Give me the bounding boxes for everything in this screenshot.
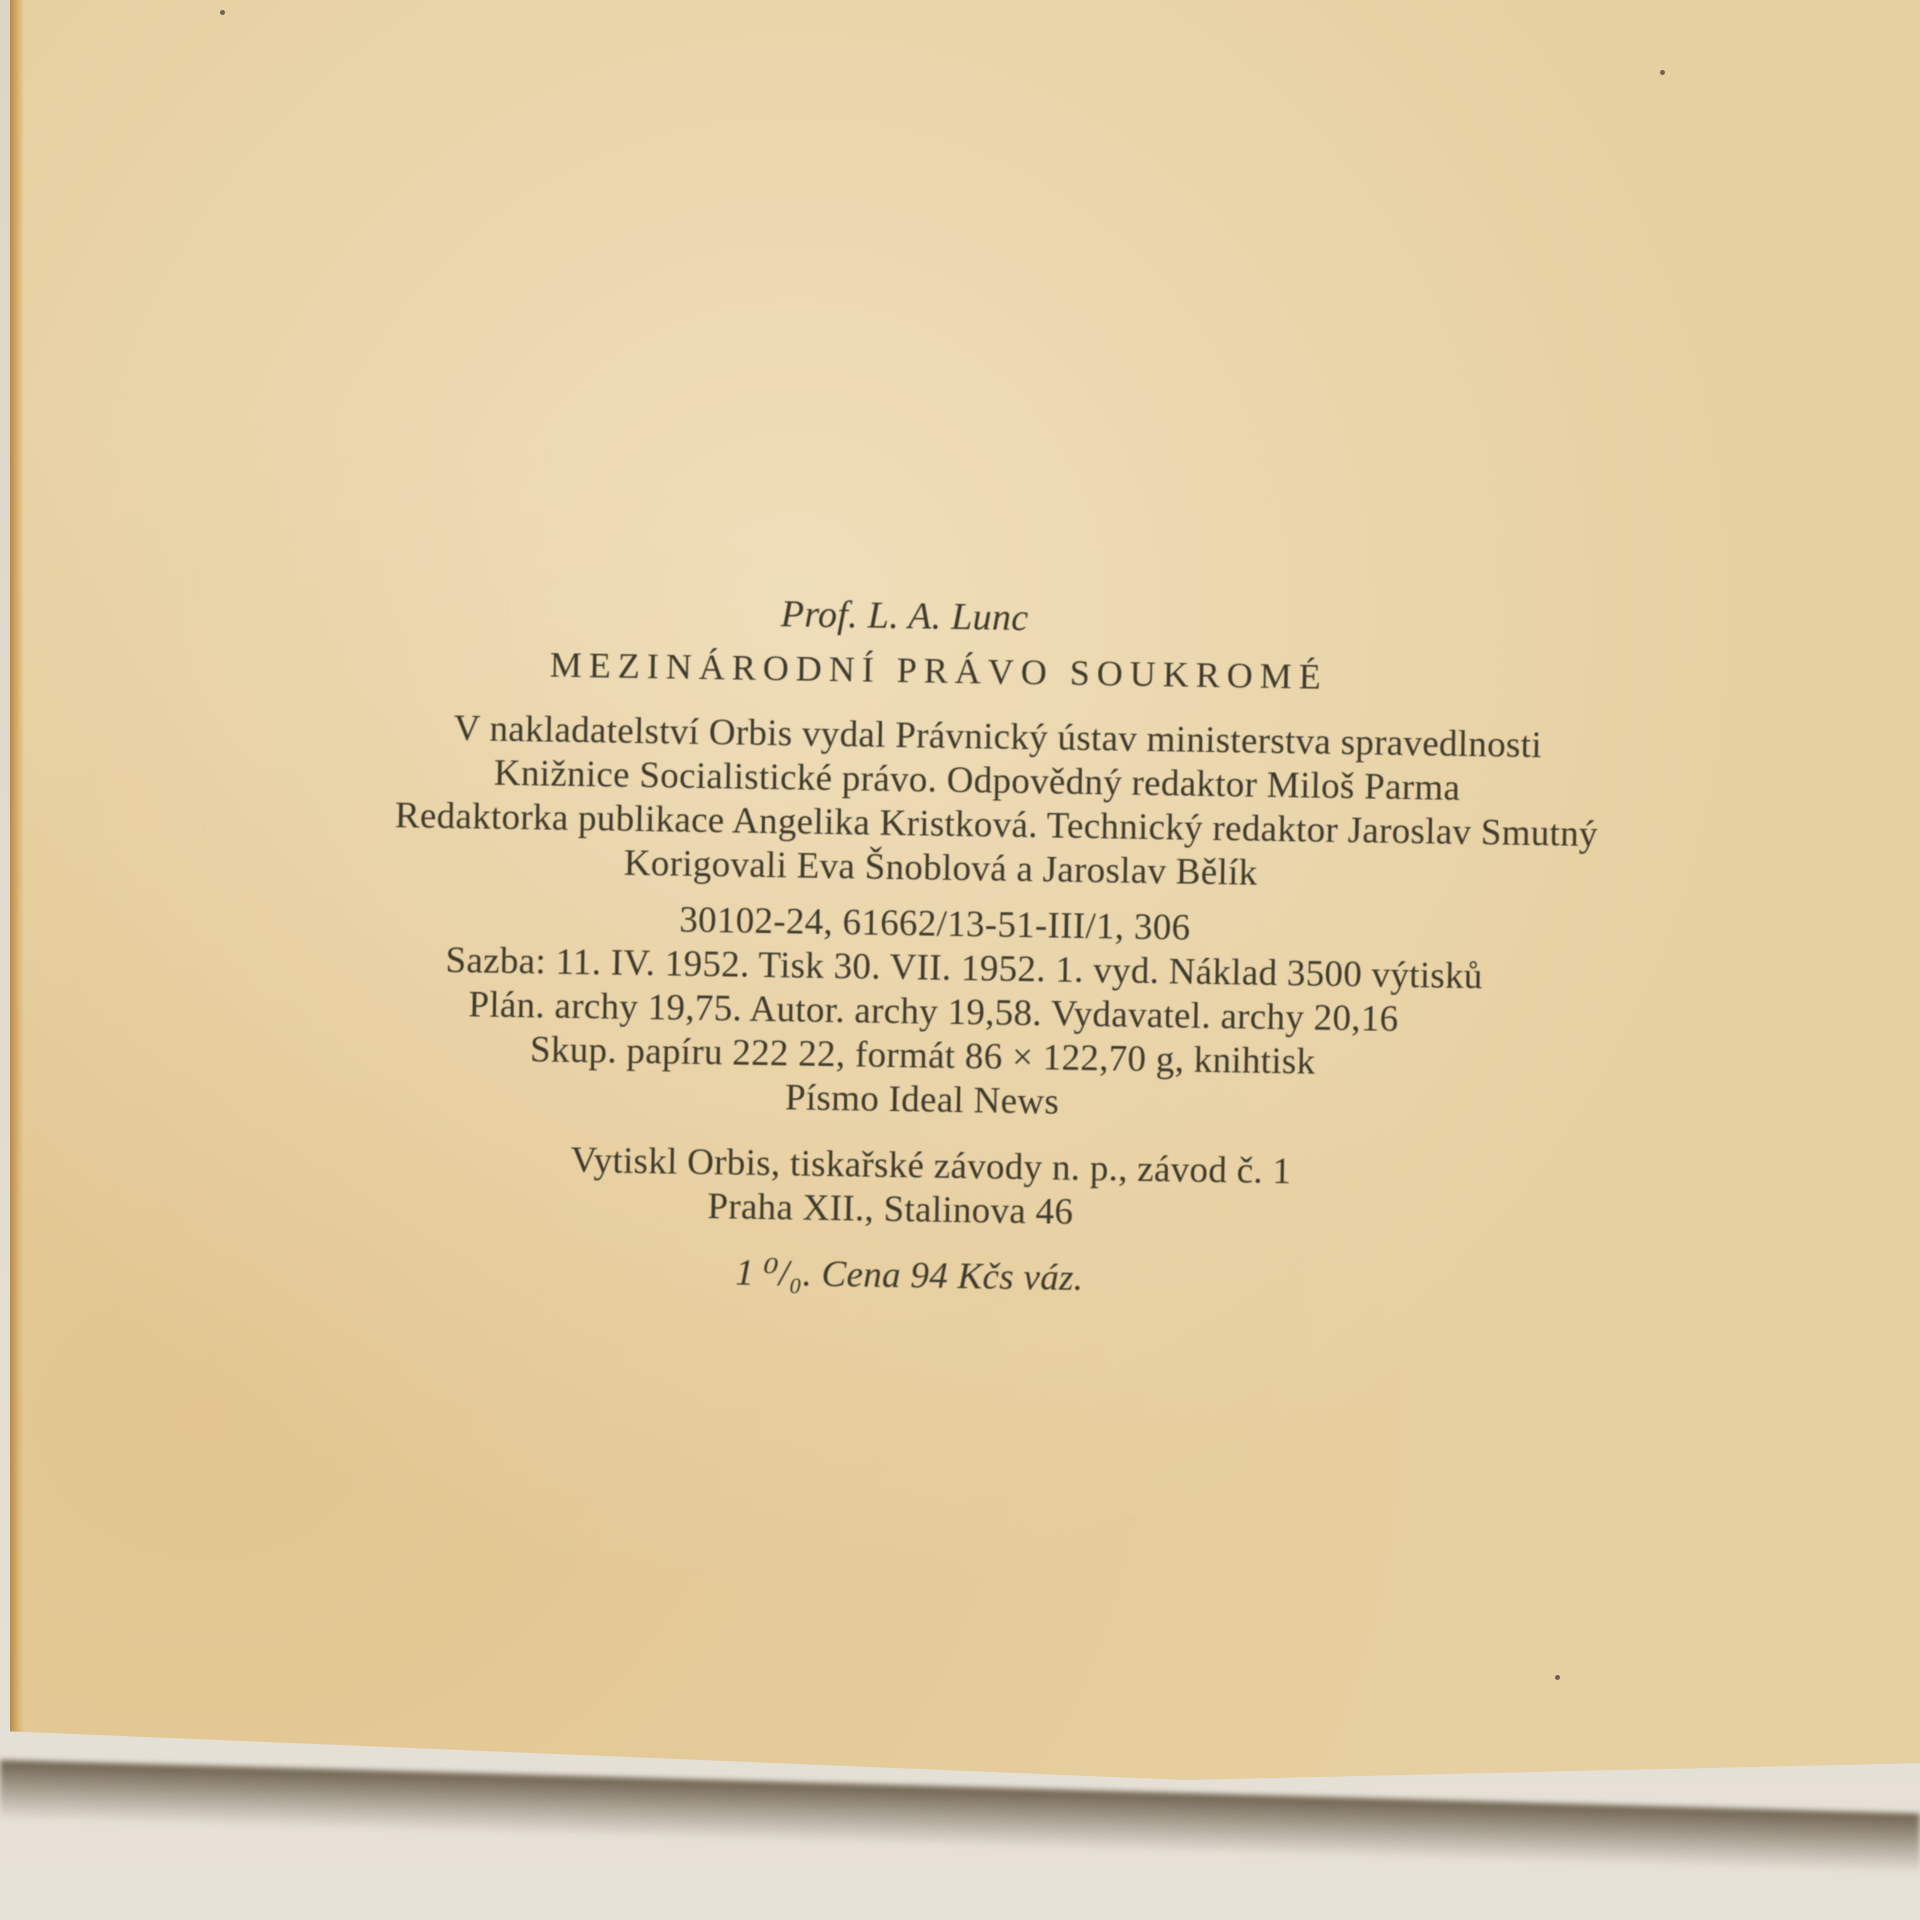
price-line: 1 ⁰/₀. Cena 94 Kčs váz. [79, 1241, 1739, 1311]
book-page: Prof. L. A. Lunc MEZINÁRODNÍ PRÁVO SOUKR… [10, 0, 1920, 1780]
paper-speck [1555, 1675, 1560, 1680]
binding-edge [10, 0, 24, 1760]
page-edge-shadow [0, 1760, 1920, 1874]
paper-speck [220, 10, 225, 15]
photo-scene: Prof. L. A. Lunc MEZINÁRODNÍ PRÁVO SOUKR… [0, 0, 1920, 1920]
paper-speck [1660, 70, 1665, 75]
colophon-block: Prof. L. A. Lunc MEZINÁRODNÍ PRÁVO SOUKR… [159, 583, 1750, 1312]
